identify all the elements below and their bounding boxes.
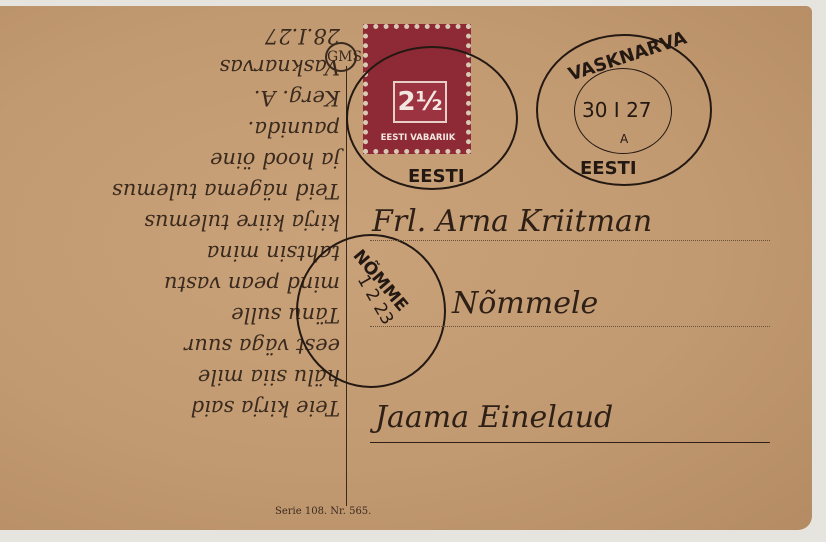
- address-street: Jaama Einelaud: [375, 400, 613, 435]
- address-line-rule: [370, 240, 770, 241]
- message-line: Kerg. A.: [10, 82, 340, 113]
- message-line: paunida.: [10, 113, 340, 144]
- series-number: Serie 108. Nr. 565.: [275, 506, 371, 517]
- address-town: Nõmmele: [452, 286, 598, 321]
- message-line: mind pean vastu: [10, 268, 340, 299]
- message-line: eest väga suur: [10, 330, 340, 361]
- address-line-rule: [370, 442, 770, 443]
- postmark-vasknarva-1: EESTI: [346, 46, 518, 190]
- postmark-vasknarva-2: VASKNARVA 30 I 27 A EESTI: [536, 34, 712, 186]
- postcard: GMS Teie kirja said hälu siia mile eest …: [0, 6, 812, 530]
- address-recipient: Frl. Arna Kriitman: [372, 204, 652, 239]
- message-line: Vasknarvas: [10, 51, 340, 82]
- message-line: Teid nägema tulemus: [10, 175, 340, 206]
- postmark-nomme: NÕMME 1 2 23: [296, 234, 446, 388]
- message-line: ja hood öine: [10, 144, 340, 175]
- message-line: 28.I.27: [10, 20, 340, 51]
- message-line: Tänu sulle: [10, 299, 340, 330]
- message-line: hälu siia mile: [10, 361, 340, 392]
- handwritten-message: Teie kirja said hälu siia mile eest väga…: [10, 20, 340, 423]
- message-line: Teie kirja said: [10, 392, 340, 423]
- address-line-rule: [370, 326, 770, 327]
- message-line: kirja kiire tulemus: [10, 206, 340, 237]
- message-line: tahtsin mina: [10, 237, 340, 268]
